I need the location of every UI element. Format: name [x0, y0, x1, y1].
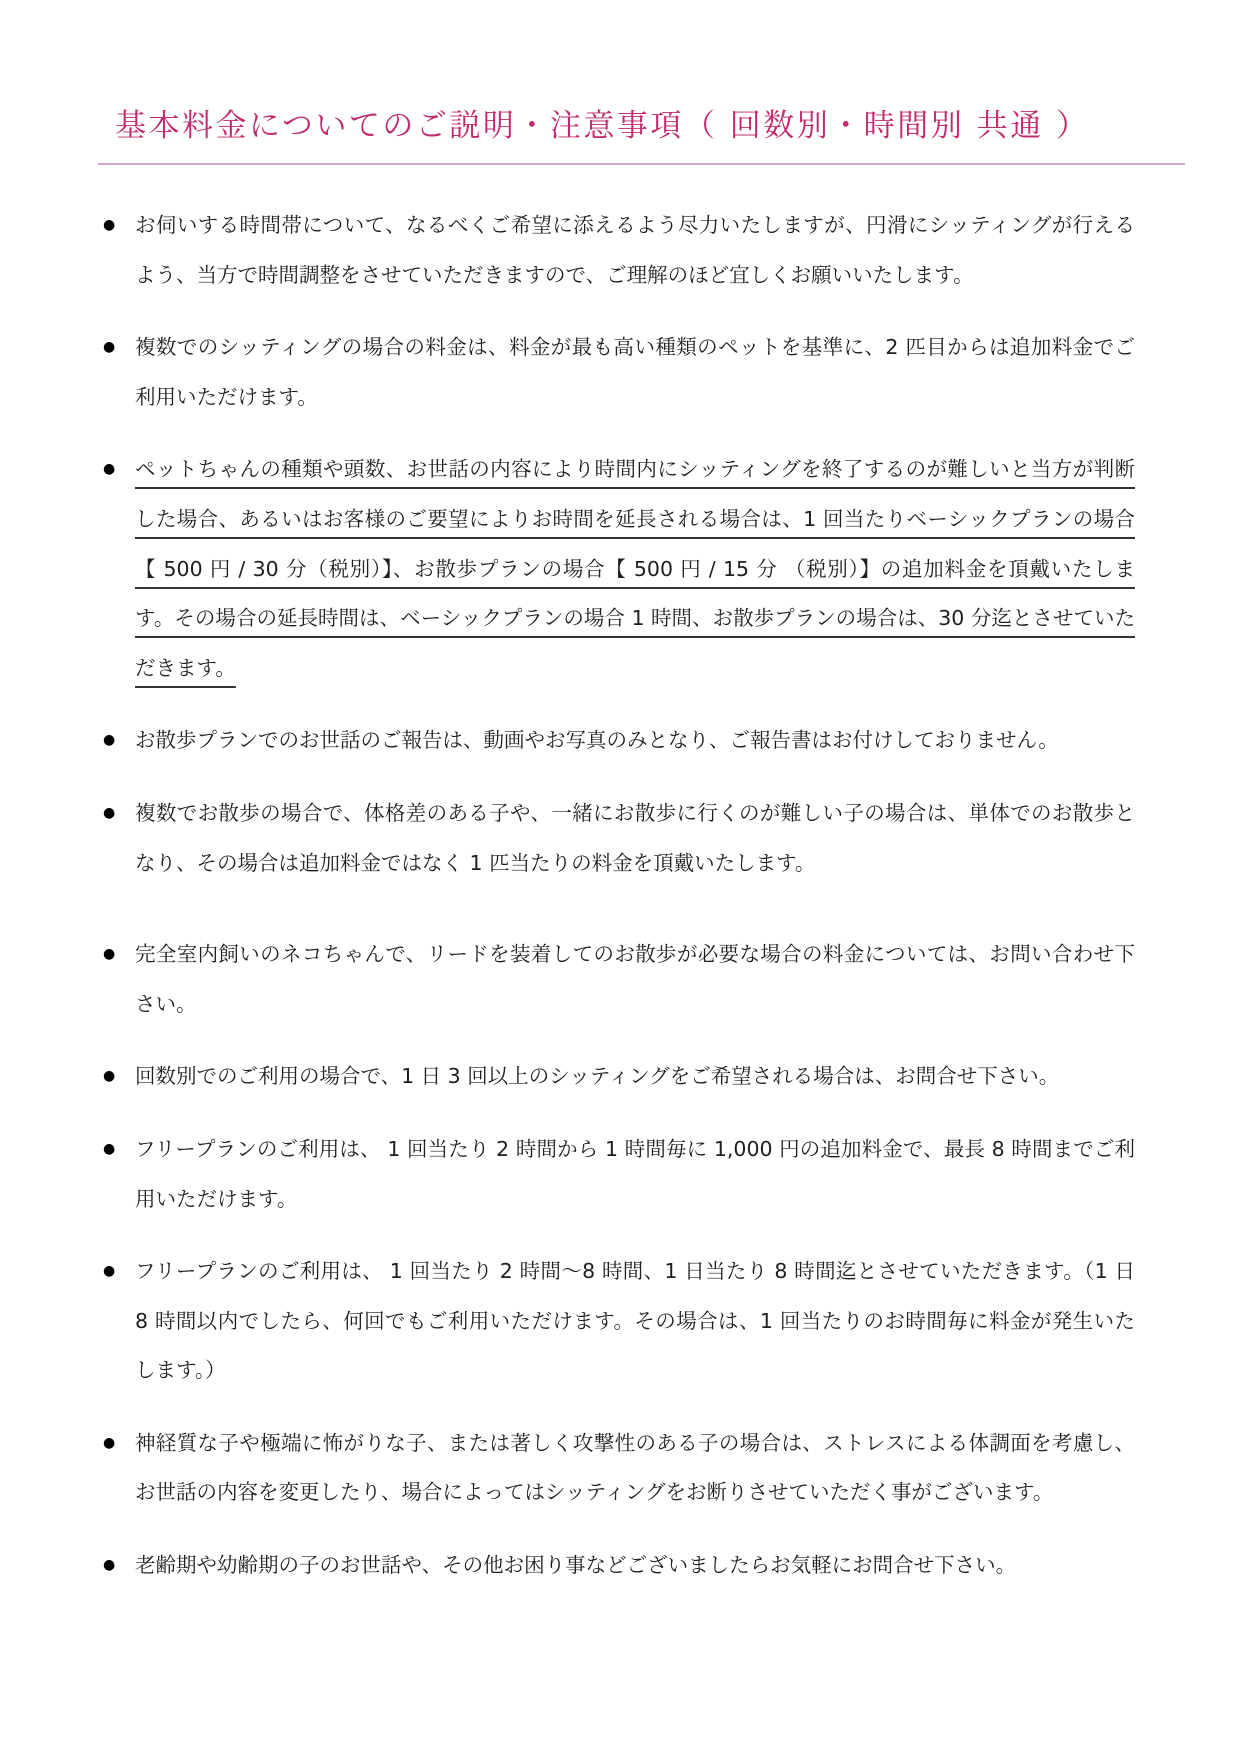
list-item-text: お散歩プランでのお世話のご報告は、動画やお写真のみとなり、ご報告書はお付けしてお… — [135, 716, 1135, 766]
bullet-icon: ● — [100, 1419, 135, 1469]
list-item-text: フリープランのご利用は、 1 回当たり 2 時間～8 時間、1 日当たり 8 時… — [135, 1247, 1135, 1396]
page-title: 基本料金についてのご説明・注意事項（ 回数別・時間別 共通 ） — [115, 100, 1135, 145]
list-item: ● 回数別でのご利用の場合で、1 日 3 回以上のシッティングをご希望される場合… — [100, 1052, 1135, 1102]
list-item-text: 神経質な子や極端に怖がりな子、または著しく攻撃性のある子の場合は、ストレスによる… — [135, 1419, 1135, 1518]
list-item-text: 回数別でのご利用の場合で、1 日 3 回以上のシッティングをご希望される場合は、… — [135, 1052, 1135, 1102]
bullet-icon: ● — [100, 930, 135, 980]
list-item-text: 完全室内飼いのネコちゃんで、リードを装着してのお散歩が必要な場合の料金については… — [135, 930, 1135, 1029]
list-item: ● フリープランのご利用は、 1 回当たり 2 時間から 1 時間毎に 1,00… — [100, 1125, 1135, 1224]
list-item: ● 複数でのシッティングの場合の料金は、料金が最も高い種類のペットを基準に、2 … — [100, 323, 1135, 422]
notes-list: ● お伺いする時間帯について、なるべくご希望に添えるよう尽力いたしますが、円滑に… — [100, 201, 1135, 1591]
list-item: ● お伺いする時間帯について、なるべくご希望に添えるよう尽力いたしますが、円滑に… — [100, 201, 1135, 300]
list-item: ● 老齢期や幼齢期の子のお世話や、その他お困り事などございましたらお気軽にお問合… — [100, 1541, 1135, 1591]
list-item-text: ペットちゃんの種類や頭数、お世話の内容により時間内にシッティングを終了するのが難… — [135, 445, 1135, 693]
bullet-icon: ● — [100, 1541, 135, 1591]
bullet-icon: ● — [100, 323, 135, 373]
list-item-text: 複数でお散歩の場合で、体格差のある子や、一緒にお散歩に行くのが難しい子の場合は、… — [135, 789, 1135, 888]
list-item: ● ペットちゃんの種類や頭数、お世話の内容により時間内にシッティングを終了するの… — [100, 445, 1135, 693]
list-item: ● フリープランのご利用は、 1 回当たり 2 時間～8 時間、1 日当たり 8… — [100, 1247, 1135, 1396]
title-divider — [98, 163, 1185, 165]
list-item-text: お伺いする時間帯について、なるべくご希望に添えるよう尽力いたしますが、円滑にシッ… — [135, 201, 1135, 300]
list-item-text: 複数でのシッティングの場合の料金は、料金が最も高い種類のペットを基準に、2 匹目… — [135, 323, 1135, 422]
bullet-icon: ● — [100, 1247, 135, 1297]
bullet-icon: ● — [100, 445, 135, 495]
bullet-icon: ● — [100, 1125, 135, 1175]
list-item-text: フリープランのご利用は、 1 回当たり 2 時間から 1 時間毎に 1,000 … — [135, 1125, 1135, 1224]
bullet-icon: ● — [100, 716, 135, 766]
bullet-icon: ● — [100, 1052, 135, 1102]
document-page: 基本料金についてのご説明・注意事項（ 回数別・時間別 共通 ） ● お伺いする時… — [0, 0, 1241, 1755]
list-item: ● 神経質な子や極端に怖がりな子、または著しく攻撃性のある子の場合は、ストレスに… — [100, 1419, 1135, 1518]
list-item-text: 老齢期や幼齢期の子のお世話や、その他お困り事などございましたらお気軽にお問合せ下… — [135, 1541, 1135, 1591]
list-item: ● 複数でお散歩の場合で、体格差のある子や、一緒にお散歩に行くのが難しい子の場合… — [100, 789, 1135, 888]
bullet-icon: ● — [100, 201, 135, 251]
list-item: ● 完全室内飼いのネコちゃんで、リードを装着してのお散歩が必要な場合の料金につい… — [100, 930, 1135, 1029]
bullet-icon: ● — [100, 789, 135, 839]
list-item: ● お散歩プランでのお世話のご報告は、動画やお写真のみとなり、ご報告書はお付けし… — [100, 716, 1135, 766]
